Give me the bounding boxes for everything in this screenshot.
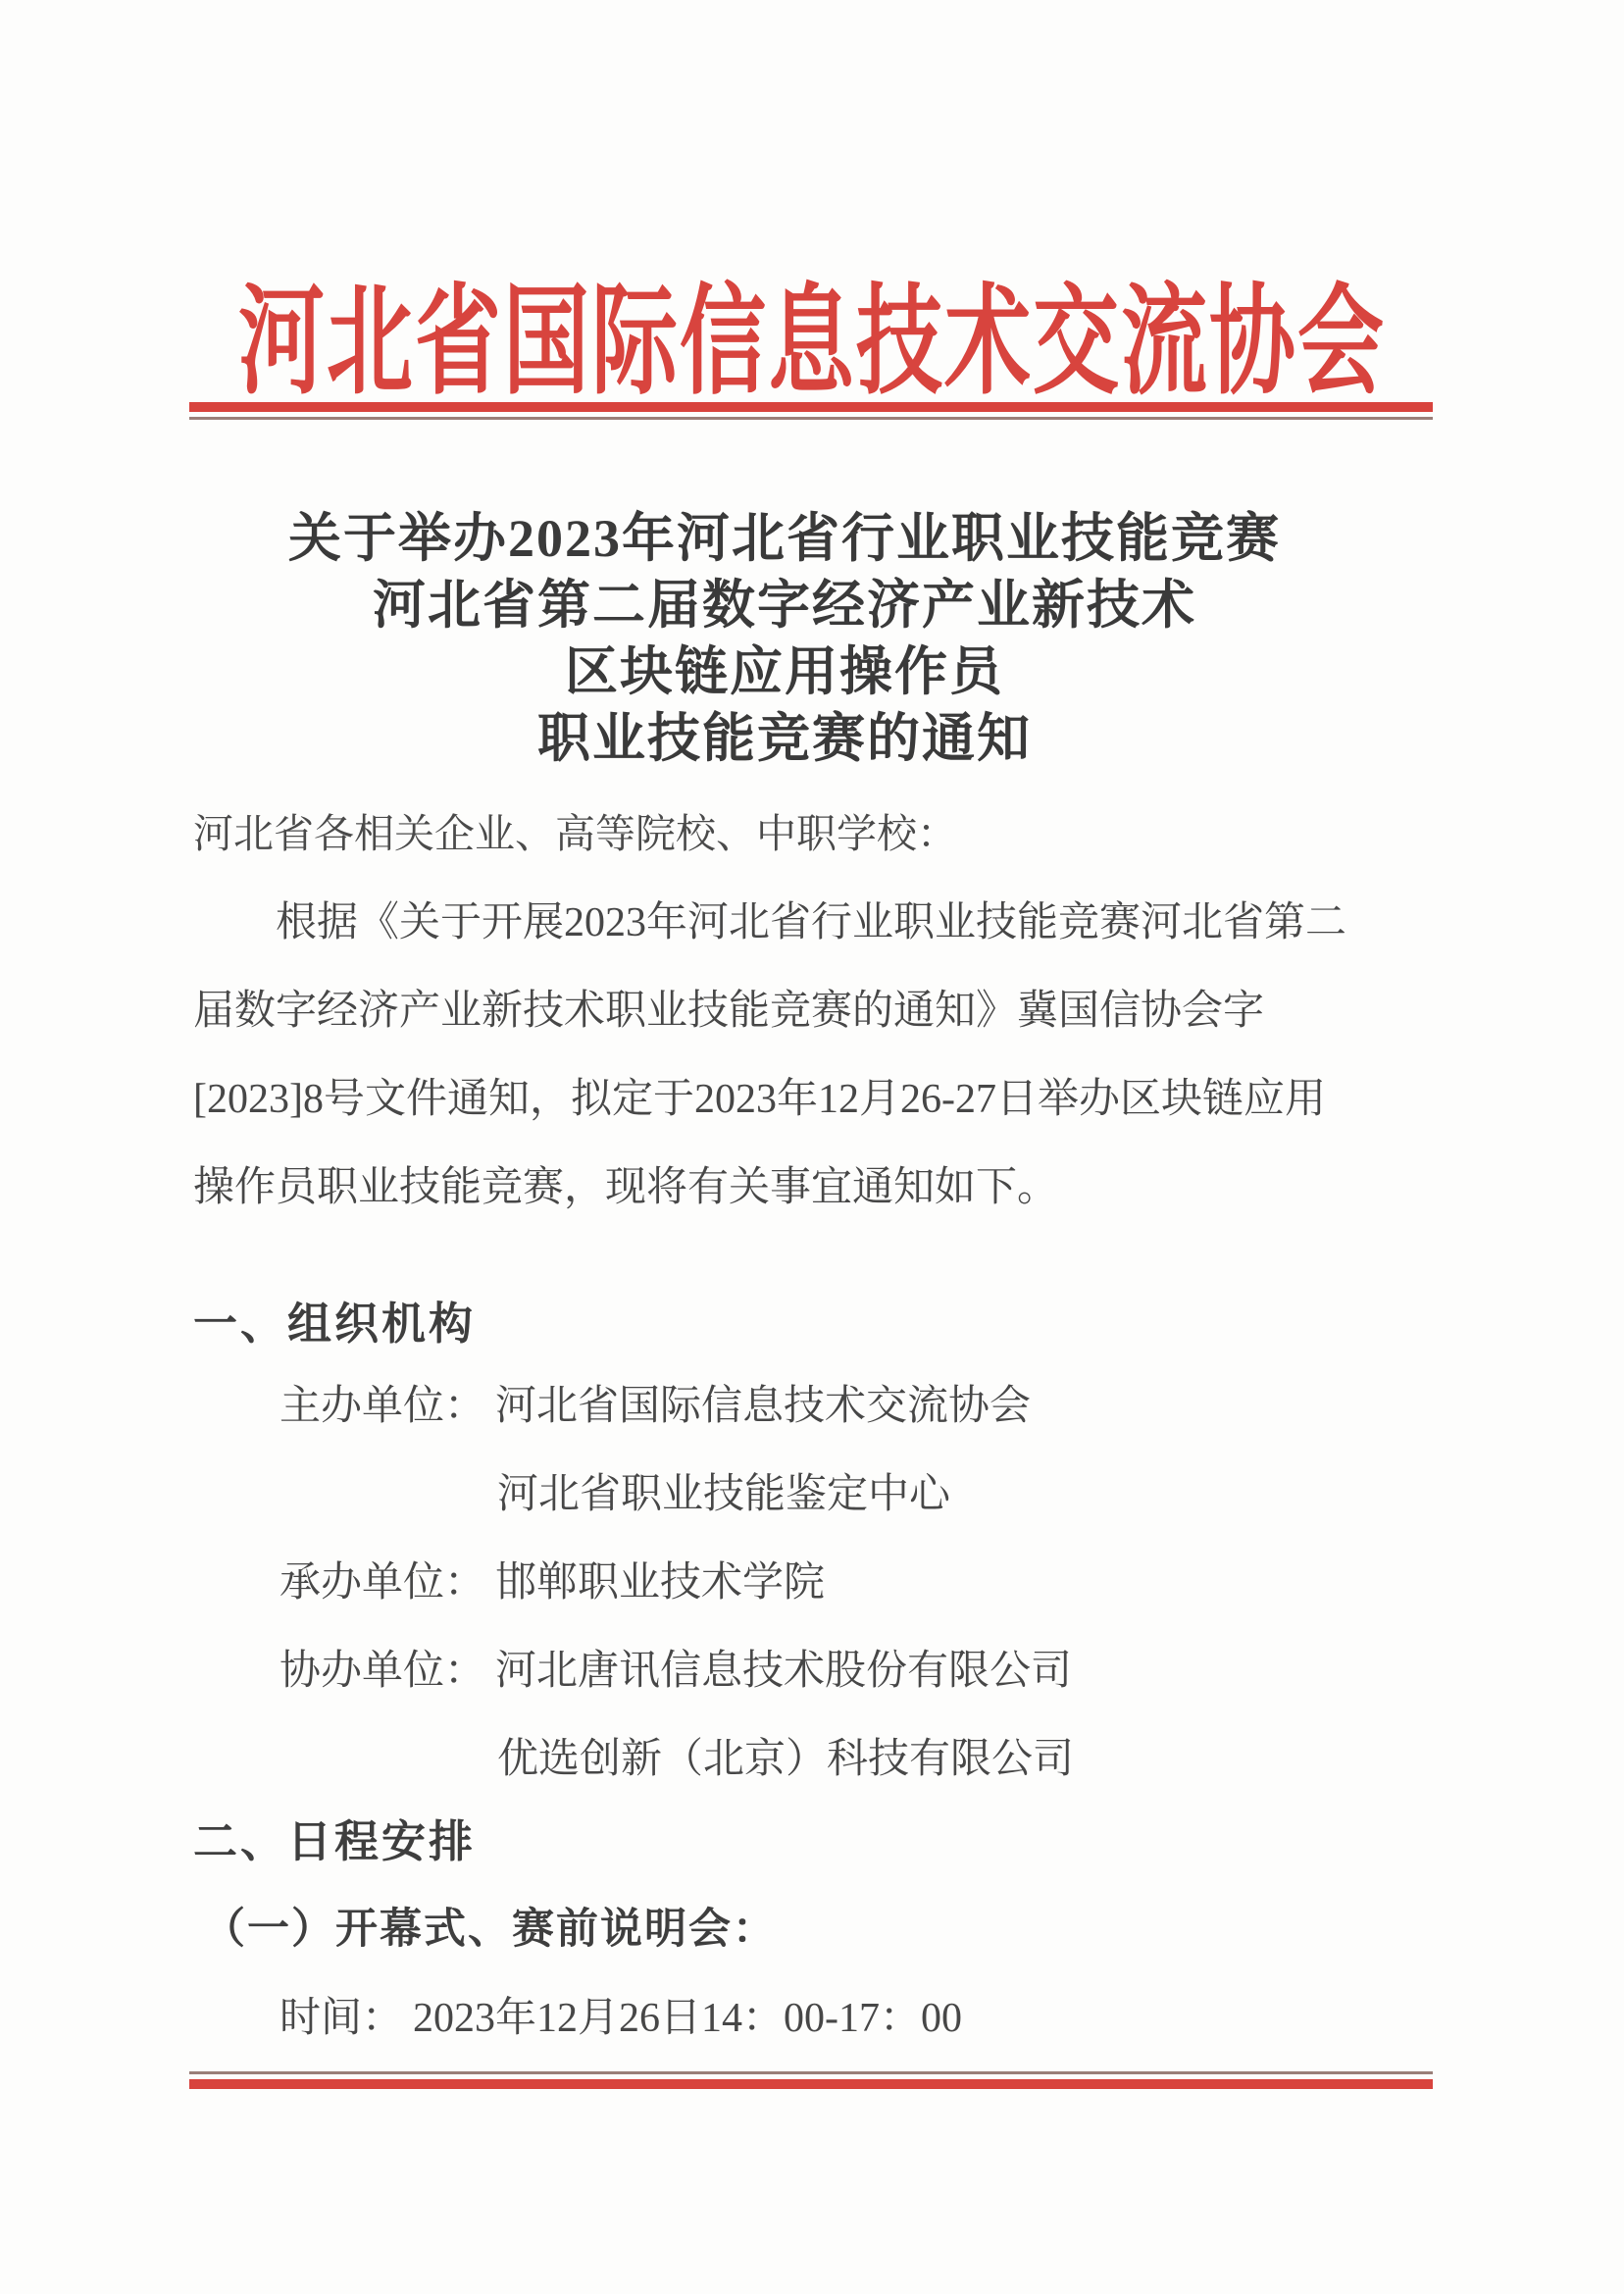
document-title-line-3: 区块链应用操作员 (137, 638, 1432, 705)
scanned-notice-page: 河北省国际信息技术交流协会 关于举办2023年河北省行业职业技能竞赛 河北省第二… (0, 0, 1624, 2294)
schedule-time-label: 时间： (279, 1996, 403, 2041)
schedule-time-value: 2023年12月26日14：00-17：00 (413, 1996, 962, 2041)
document-title-line-1: 关于举办2023年河北省行业职业技能竞赛 (137, 505, 1432, 572)
intro-line-3: [2023]8号文件通知，拟定于2023年12月26-27日举办区块链应用 (193, 1055, 1432, 1144)
letterhead-org-name: 河北省国际信息技术交流协会 (0, 247, 1624, 418)
org-row-host-continued: 河北省职业技能鉴定中心 (497, 1465, 950, 1524)
header-rule-thin (189, 417, 1433, 420)
footer-rule-thick (189, 2079, 1433, 2089)
salutation-line: 河北省各相关企业、高等院校、中职学校： (193, 804, 957, 863)
section-heading-organization: 一、组织机构 (193, 1295, 476, 1353)
org-row-undertaker-value: 邯郸职业技术学院 (495, 1560, 825, 1606)
intro-line-2: 届数字经济产业新技术职业技能竞赛的通知》冀国信协会字 (193, 967, 1432, 1055)
org-row-coorganizer: 协办单位：河北唐讯信息技术股份有限公司 (279, 1642, 1072, 1701)
org-row-host-continued-value: 河北省职业技能鉴定中心 (497, 1472, 950, 1517)
header-rule-thick (189, 402, 1433, 412)
org-row-undertaker: 承办单位：邯郸职业技术学院 (279, 1554, 825, 1612)
footer-rule-thin (189, 2071, 1433, 2074)
intro-line-4: 操作员职业技能竞赛，现将有关事宜通知如下。 (193, 1144, 1432, 1232)
intro-line-1: 根据《关于开展2023年河北省行业职业技能竞赛河北省第二 (193, 879, 1432, 967)
schedule-time-row: 时间：2023年12月26日14：00-17：00 (279, 1989, 962, 2048)
org-row-host-value: 河北省国际信息技术交流协会 (495, 1384, 1031, 1429)
org-row-coorganizer-label: 协办单位： (279, 1649, 485, 1694)
intro-paragraph: 根据《关于开展2023年河北省行业职业技能竞赛河北省第二 届数字经济产业新技术职… (193, 879, 1432, 1232)
document-title-line-2: 河北省第二届数字经济产业新技术 (137, 572, 1432, 638)
org-row-undertaker-label: 承办单位： (279, 1560, 485, 1606)
org-row-coorganizer-continued: 优选创新（北京）科技有限公司 (497, 1730, 1074, 1789)
org-row-host: 主办单位：河北省国际信息技术交流协会 (279, 1377, 1031, 1436)
section-heading-schedule: 二、日程安排 (193, 1812, 476, 1871)
org-row-coorganizer-continued-value: 优选创新（北京）科技有限公司 (497, 1737, 1074, 1782)
org-row-coorganizer-value: 河北唐讯信息技术股份有限公司 (495, 1649, 1072, 1694)
org-row-host-label: 主办单位： (279, 1384, 485, 1429)
document-title-line-4: 职业技能竞赛的通知 (137, 705, 1432, 772)
schedule-subheading-opening-ceremony: （一）开幕式、赛前说明会： (203, 1901, 777, 1960)
document-title: 关于举办2023年河北省行业职业技能竞赛 河北省第二届数字经济产业新技术 区块链… (137, 505, 1432, 772)
